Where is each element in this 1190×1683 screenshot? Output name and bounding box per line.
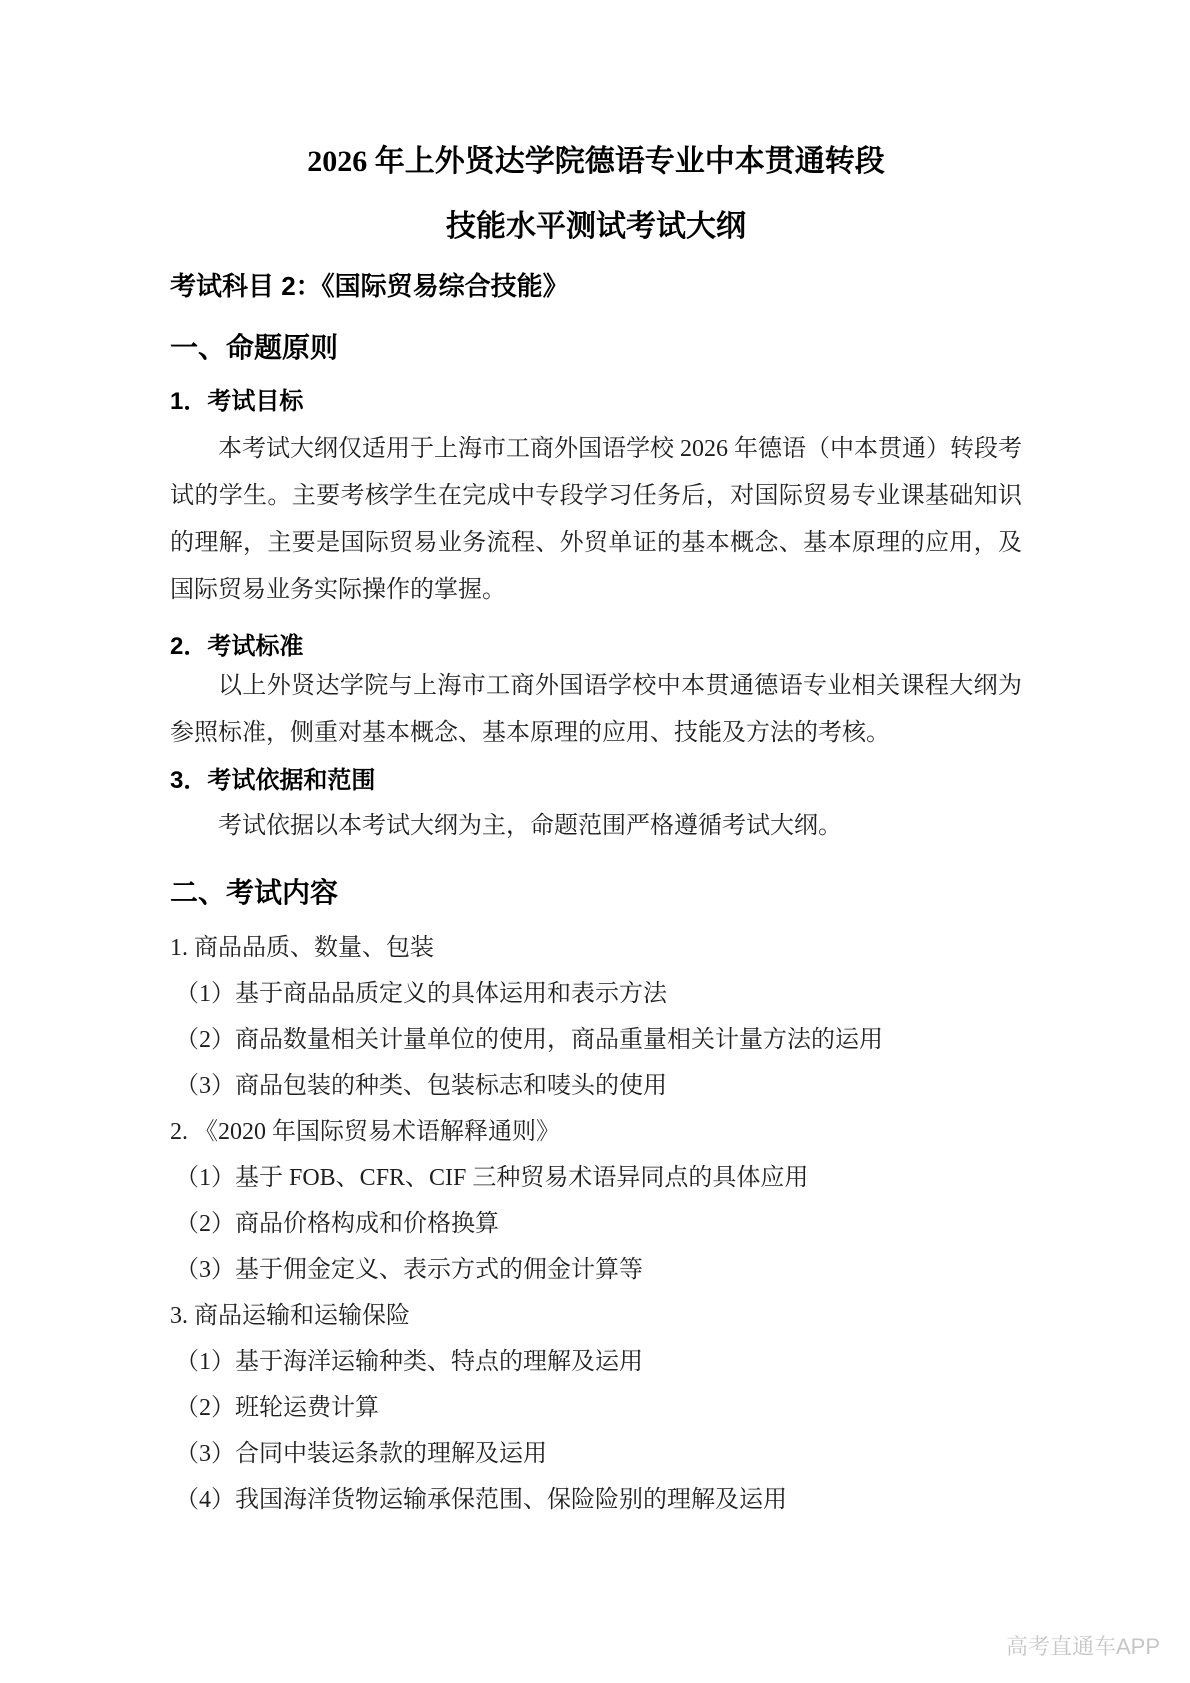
section-heading-principles: 一、命题原则 [170, 303, 1022, 366]
outline-subitem-2-2: （2）商品价格构成和价格换算 [170, 1201, 1022, 1247]
paragraph-exam-objective: 本考试大纲仅适用于上海市工商外国语学校 2026 年德语（中本贯通）转段考试的学… [170, 418, 1022, 614]
outline-subitem-1-2: （2）商品数量相关计量单位的使用，商品重量相关计量方法的运用 [170, 1017, 1022, 1063]
outline-subitem-2-3: （3）基于佣金定义、表示方式的佣金计算等 [170, 1247, 1022, 1293]
doc-title-line1: 2026 年上外贤达学院德语专业中本贯通转段 [170, 0, 1022, 181]
outline-topic-2: 2. 《2020 年国际贸易术语解释通则》 [170, 1109, 1022, 1155]
outline-subitem-1-1: （1）基于商品品质定义的具体运用和表示方法 [170, 971, 1022, 1017]
outline-subitem-1-3: （3）商品包装的种类、包装标志和唛头的使用 [170, 1063, 1022, 1109]
subject-heading: 考试科目 2：《国际贸易综合技能》 [170, 246, 1022, 303]
document-content: 2026 年上外贤达学院德语专业中本贯通转段 技能水平测试考试大纲 考试科目 2… [0, 0, 1190, 1523]
outline-subitem-2-1: （1）基于 FOB、CFR、CIF 三种贸易术语异同点的具体应用 [170, 1155, 1022, 1201]
outline-subitem-3-3: （3）合同中装运条款的理解及运用 [170, 1431, 1022, 1477]
outline-subitem-3-1: （1）基于海洋运输种类、特点的理解及运用 [170, 1339, 1022, 1385]
outline-subitem-3-2: （2）班轮运费计算 [170, 1385, 1022, 1431]
doc-title-line2: 技能水平测试考试大纲 [170, 181, 1022, 246]
paragraph-exam-basis-scope: 考试依据以本考试大纲为主，命题范围严格遵循考试大纲。 [170, 797, 1022, 850]
section-heading-exam-content: 二、考试内容 [170, 850, 1022, 911]
exam-content-outline: 1. 商品品质、数量、包装 （1）基于商品品质定义的具体运用和表示方法 （2）商… [170, 911, 1022, 1523]
outline-topic-3: 3. 商品运输和运输保险 [170, 1293, 1022, 1339]
subheading-exam-objective: 1．考试目标 [170, 366, 1022, 418]
subheading-exam-standard: 2．考试标准 [170, 614, 1022, 663]
paragraph-exam-standard: 以上外贤达学院与上海市工商外国语学校中本贯通德语专业相关课程大纲为参照标准，侧重… [170, 663, 1022, 757]
outline-subitem-3-4: （4）我国海洋货物运输承保范围、保险险别的理解及运用 [170, 1477, 1022, 1523]
outline-topic-1: 1. 商品品质、数量、包装 [170, 925, 1022, 971]
subheading-exam-basis-scope: 3．考试依据和范围 [170, 757, 1022, 797]
watermark-text: 高考直通车APP [1006, 1635, 1160, 1659]
document-page: 2026 年上外贤达学院德语专业中本贯通转段 技能水平测试考试大纲 考试科目 2… [0, 0, 1190, 1683]
